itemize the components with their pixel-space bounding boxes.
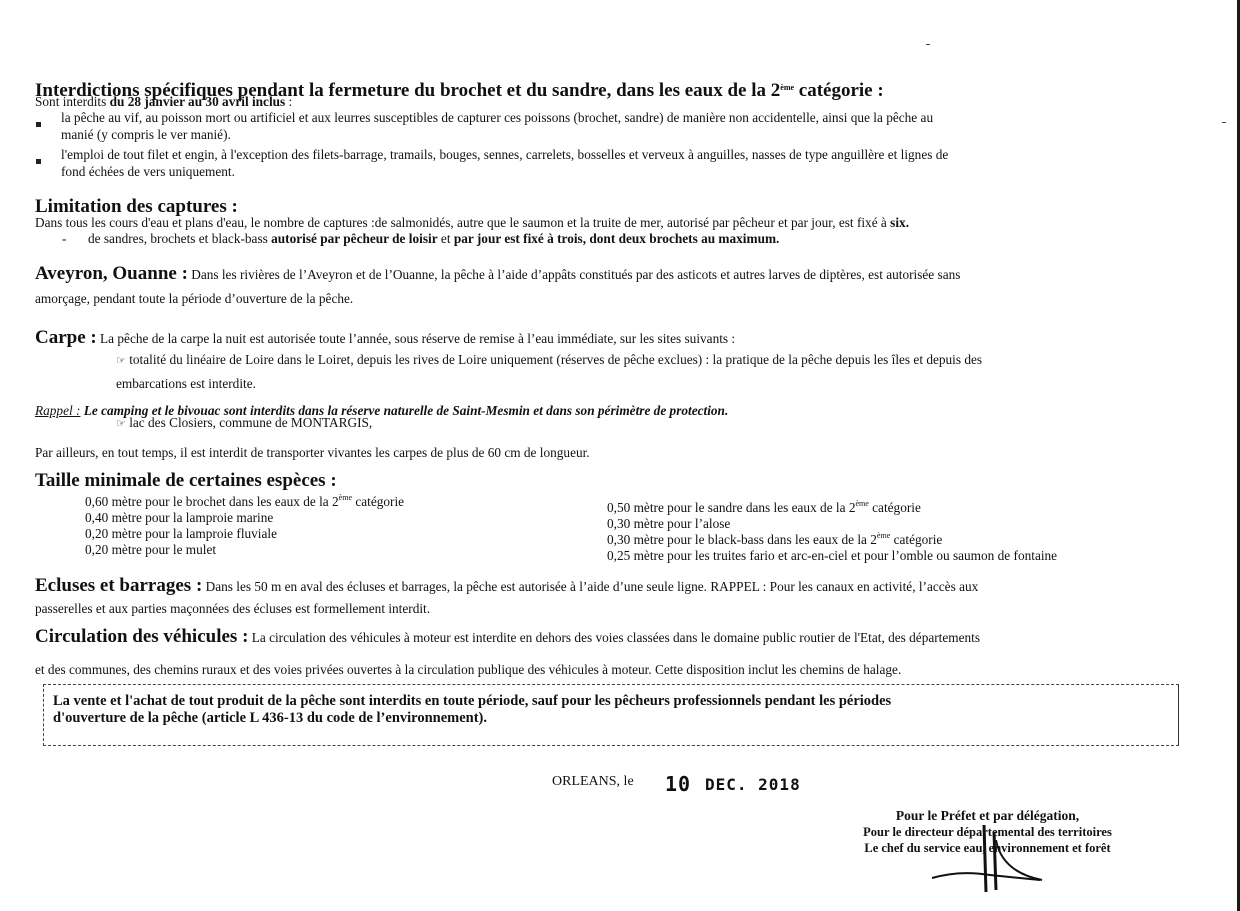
text: 0,20 mètre pour le mulet [85, 542, 216, 557]
list-item-cont: fond échées de vers uniquement. [61, 164, 235, 179]
size-rule-item: 0,20 mètre pour le mulet [85, 542, 216, 557]
text: de sandres, brochets et black-bass [88, 231, 271, 246]
superscript: ème [877, 531, 890, 540]
section-title-ecluses: Ecluses et barrages : [35, 575, 202, 596]
site-item-cont: embarcations est interdite. [116, 376, 256, 391]
scan-speck [1222, 122, 1226, 123]
site-item: ☞ totalité du linéaire de Loire dans le … [116, 352, 982, 368]
dash-marker: - [62, 231, 66, 246]
section-title-aveyron: Aveyron, Ouanne : [35, 263, 188, 284]
size-rule-item: 0,20 mètre pour la lamproie fluviale [85, 526, 277, 541]
paragraph-carpe: Carpe : La pêche de la carpe la nuit est… [35, 330, 735, 346]
list-item: l'emploi de tout filet et engin, à l'exc… [61, 147, 948, 162]
text: Dans tous les cours d'eau et plans d'eau… [35, 215, 890, 230]
section-title-carpe: Carpe : [35, 327, 97, 348]
paragraph-cont: et des communes, des chemins ruraux et d… [35, 662, 901, 677]
notice-line: d'ouverture de la pêche (article L 436-1… [53, 710, 487, 727]
title-text: catégorie : [794, 80, 884, 101]
bullet-icon [36, 151, 41, 169]
text: et [438, 231, 454, 246]
size-rule-item: 0,30 mètre pour le black-bass dans les e… [607, 532, 942, 547]
size-rule-item: 0,25 mètre pour les truites fario et arc… [607, 548, 1057, 563]
text: Sont interdits [35, 94, 110, 109]
paragraph-cont: passerelles et aux parties maçonnées des… [35, 601, 430, 616]
paragraph-aveyron: Aveyron, Ouanne : Dans les rivières de l… [35, 266, 960, 282]
text: 0,50 mètre pour le sandre dans les eaux … [607, 500, 856, 515]
bold-text: par jour est fixé à trois, dont deux bro… [454, 231, 780, 246]
size-rule-item: 0,30 mètre pour l’alose [607, 516, 730, 531]
paragraph: Dans tous les cours d'eau et plans d'eau… [35, 215, 909, 230]
text: catégorie [869, 500, 921, 515]
superscript: ème [780, 83, 794, 92]
list-item: la pêche au vif, au poisson mort ou arti… [61, 110, 933, 125]
superscript: ème [339, 493, 352, 502]
text: catégorie [352, 494, 404, 509]
date-stamp-day: 10 [665, 772, 691, 796]
dateline-place: ORLEANS, le [552, 774, 634, 790]
text: Dans les 50 m en aval des écluses et bar… [202, 579, 978, 594]
rappel-label: Rappel : [35, 403, 80, 418]
paragraph: Par ailleurs, en tout temps, il est inte… [35, 445, 590, 460]
section-title-taille: Taille minimale de certaines espèces : [35, 470, 337, 492]
section-title-circulation: Circulation des véhicules : [35, 626, 248, 647]
text: catégorie [890, 532, 942, 547]
text: 0,40 mètre pour la lamproie marine [85, 510, 273, 525]
text: 0,60 mètre pour le brochet dans les eaux… [85, 494, 339, 509]
site-item: ☞ lac des Closiers, commune de MONTARGIS… [116, 415, 372, 431]
handwritten-signature [930, 820, 1050, 895]
text: 0,25 mètre pour les truites fario et arc… [607, 548, 1057, 563]
bullet-icon [36, 114, 41, 132]
text: lac des Closiers, commune de MONTARGIS, [126, 415, 372, 430]
list-item-cont: manié (y compris le ver manié). [61, 127, 231, 142]
limit-value: six. [890, 215, 909, 230]
notice-line: La vente et l'achat de tout produit de l… [53, 693, 1169, 710]
text: 0,30 mètre pour l’alose [607, 516, 730, 531]
pointing-hand-icon: ☞ [116, 354, 126, 367]
text: 0,20 mètre pour la lamproie fluviale [85, 526, 277, 541]
date-range: du 28 janvier au 30 avril inclus [110, 94, 286, 109]
text: : [285, 94, 292, 109]
text: La circulation des véhicules à moteur es… [248, 630, 980, 645]
paragraph-cont: amorçage, pendant toute la période d’ouv… [35, 291, 353, 306]
paragraph-ecluses: Ecluses et barrages : Dans les 50 m en a… [35, 578, 978, 594]
text: Dans les rivières de l’Aveyron et de l’O… [188, 267, 961, 282]
paragraph: de sandres, brochets et black-bass autor… [88, 231, 779, 246]
size-rule-item: 0,50 mètre pour le sandre dans les eaux … [607, 500, 921, 515]
notice-box: La vente et l'achat de tout produit de l… [43, 684, 1179, 746]
bold-text: autorisé par pêcheur de loisir [271, 231, 437, 246]
text: totalité du linéaire de Loire dans le Lo… [126, 352, 982, 367]
superscript: ème [856, 499, 869, 508]
paragraph-circulation: Circulation des véhicules : La circulati… [35, 629, 980, 645]
scan-speck [926, 44, 930, 45]
size-rule-item: 0,40 mètre pour la lamproie marine [85, 510, 273, 525]
text: La pêche de la carpe la nuit est autoris… [97, 331, 735, 346]
size-rule-item: 0,60 mètre pour le brochet dans les eaux… [85, 494, 404, 509]
date-stamp-month-year: DEC. 2018 [705, 775, 801, 794]
pointing-hand-icon: ☞ [116, 417, 126, 430]
intro-line: Sont interdits du 28 janvier au 30 avril… [35, 94, 292, 109]
text: 0,30 mètre pour le black-bass dans les e… [607, 532, 877, 547]
